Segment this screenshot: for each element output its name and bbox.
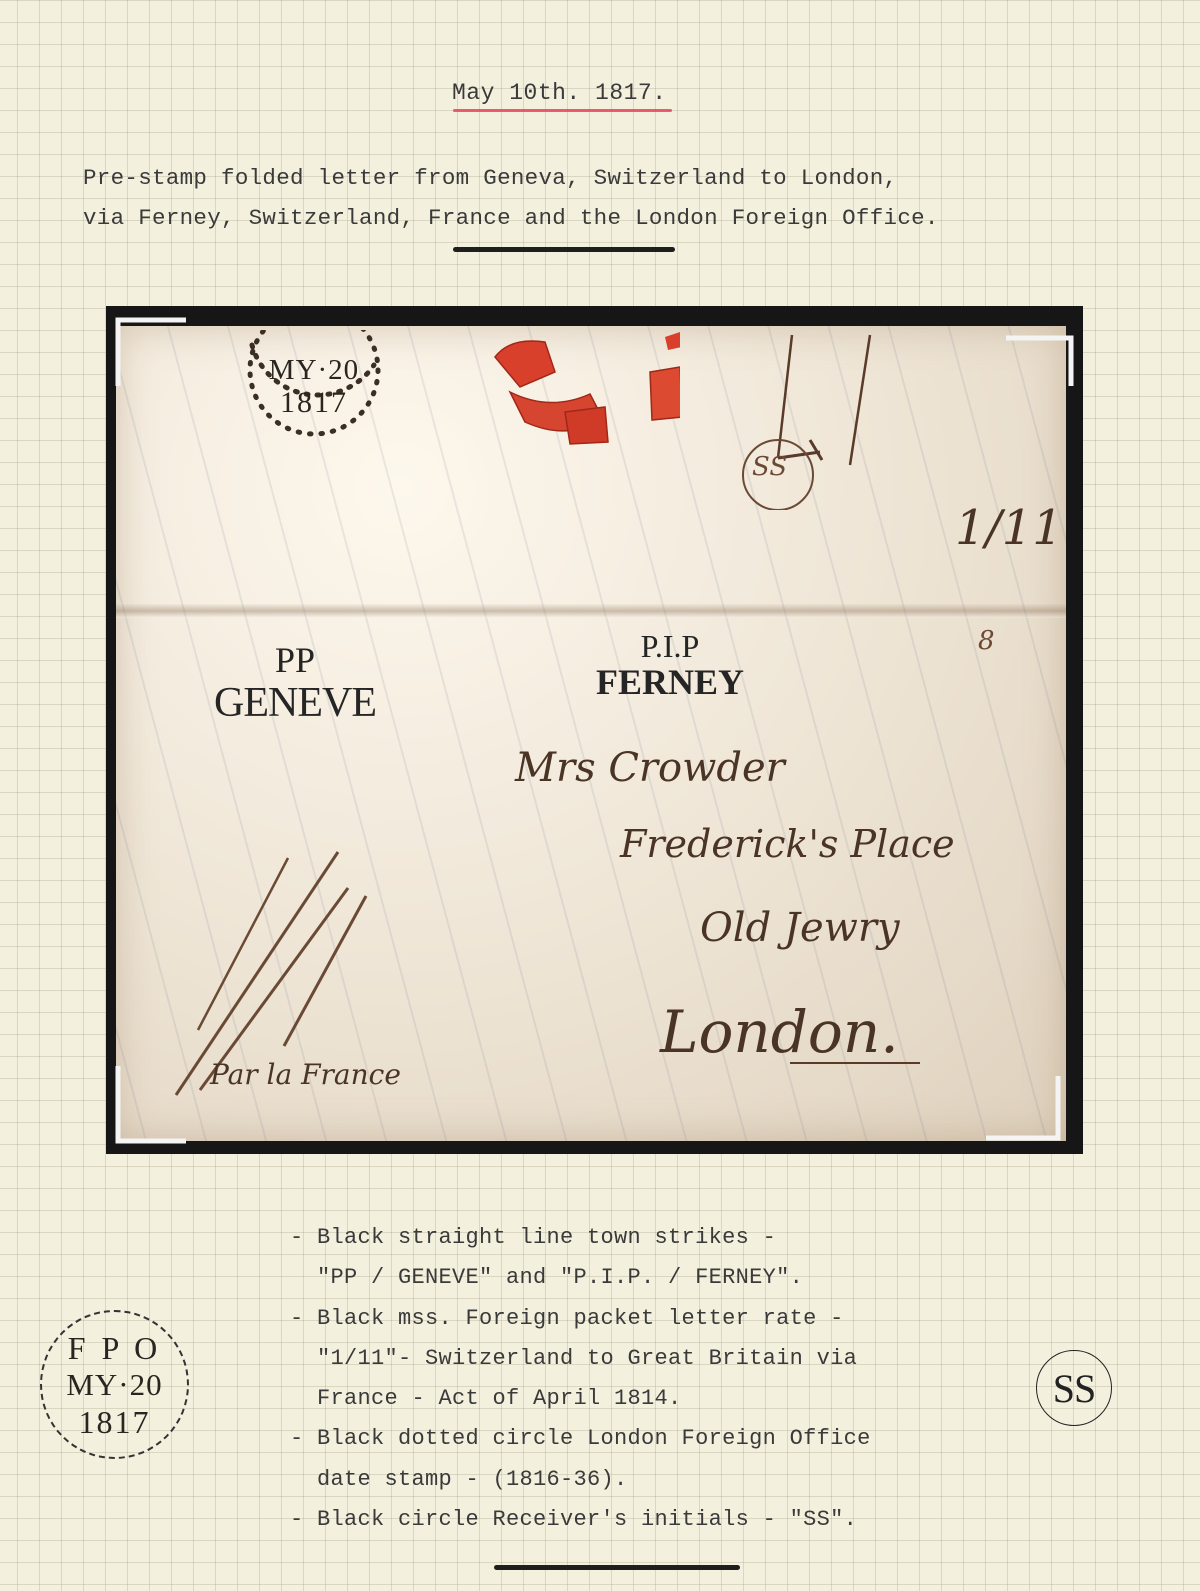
note-line: date stamp - (1816-36). bbox=[290, 1467, 628, 1492]
separator-top bbox=[453, 247, 675, 252]
wax-seal-icon bbox=[490, 332, 680, 447]
fpo-stamp-date: MY·20 bbox=[42, 1367, 187, 1403]
note-line: - Black mss. Foreign packet letter rate … bbox=[290, 1306, 844, 1331]
fpo-stamp-top: F P O bbox=[42, 1330, 187, 1367]
note-line: France - Act of April 1814. bbox=[290, 1386, 682, 1411]
route-note: Par la France bbox=[210, 1058, 401, 1091]
address-line-2: Frederick's Place bbox=[620, 822, 955, 866]
page-description: Pre-stamp folded letter from Geneva, Swi… bbox=[83, 158, 939, 238]
address-line-4: London. bbox=[660, 998, 899, 1066]
separator-bottom bbox=[494, 1565, 740, 1570]
strike-geneve-line-2: GENEVE bbox=[190, 682, 400, 724]
letter-fold bbox=[116, 604, 1066, 618]
title-underline bbox=[453, 109, 672, 112]
note-line: - Black dotted circle London Foreign Off… bbox=[290, 1426, 871, 1451]
address-line-3: Old Jewry bbox=[700, 905, 900, 951]
postmark-year: 1817 bbox=[244, 386, 384, 420]
strike-ferney-line-1: P.I.P bbox=[560, 630, 780, 662]
address-underline bbox=[790, 1062, 920, 1064]
note-line: "1/11"- Switzerland to Great Britain via bbox=[290, 1346, 857, 1371]
notes-block: - Black straight line town strikes - "PP… bbox=[290, 1218, 871, 1540]
description-line-1: Pre-stamp folded letter from Geneva, Swi… bbox=[83, 165, 897, 191]
fpo-postmark: MY·20 1817 bbox=[244, 330, 384, 440]
fpo-stamp-year: 1817 bbox=[42, 1404, 187, 1441]
rate-strokes bbox=[730, 330, 890, 510]
postmark-date: MY·20 bbox=[244, 354, 384, 387]
address-line-1: Mrs Crowder bbox=[515, 745, 785, 791]
fpo-stamp-drawing: F P O MY·20 1817 bbox=[40, 1310, 189, 1459]
strike-geneve-line-1: PP bbox=[190, 642, 400, 678]
note-line: - Black circle Receiver's initials - "SS… bbox=[290, 1507, 857, 1532]
rate-mark-8: 8 bbox=[978, 626, 995, 656]
strike-ferney-line-2: FERNEY bbox=[560, 664, 780, 700]
note-line: - Black straight line town strikes - bbox=[290, 1225, 776, 1250]
rate-mark-1-11: 1/11 bbox=[955, 500, 1063, 556]
strike-pp-geneve: PP GENEVE bbox=[190, 642, 400, 724]
page-title: May 10th. 1817. bbox=[452, 80, 667, 106]
receiver-initials: SS bbox=[752, 452, 787, 482]
ss-stamp-drawing: SS bbox=[1036, 1350, 1112, 1426]
note-line: "PP / GENEVE" and "P.I.P. / FERNEY". bbox=[290, 1265, 803, 1290]
strike-pip-ferney: P.I.P FERNEY bbox=[560, 630, 780, 700]
description-line-2: via Ferney, Switzerland, France and the … bbox=[83, 205, 939, 231]
